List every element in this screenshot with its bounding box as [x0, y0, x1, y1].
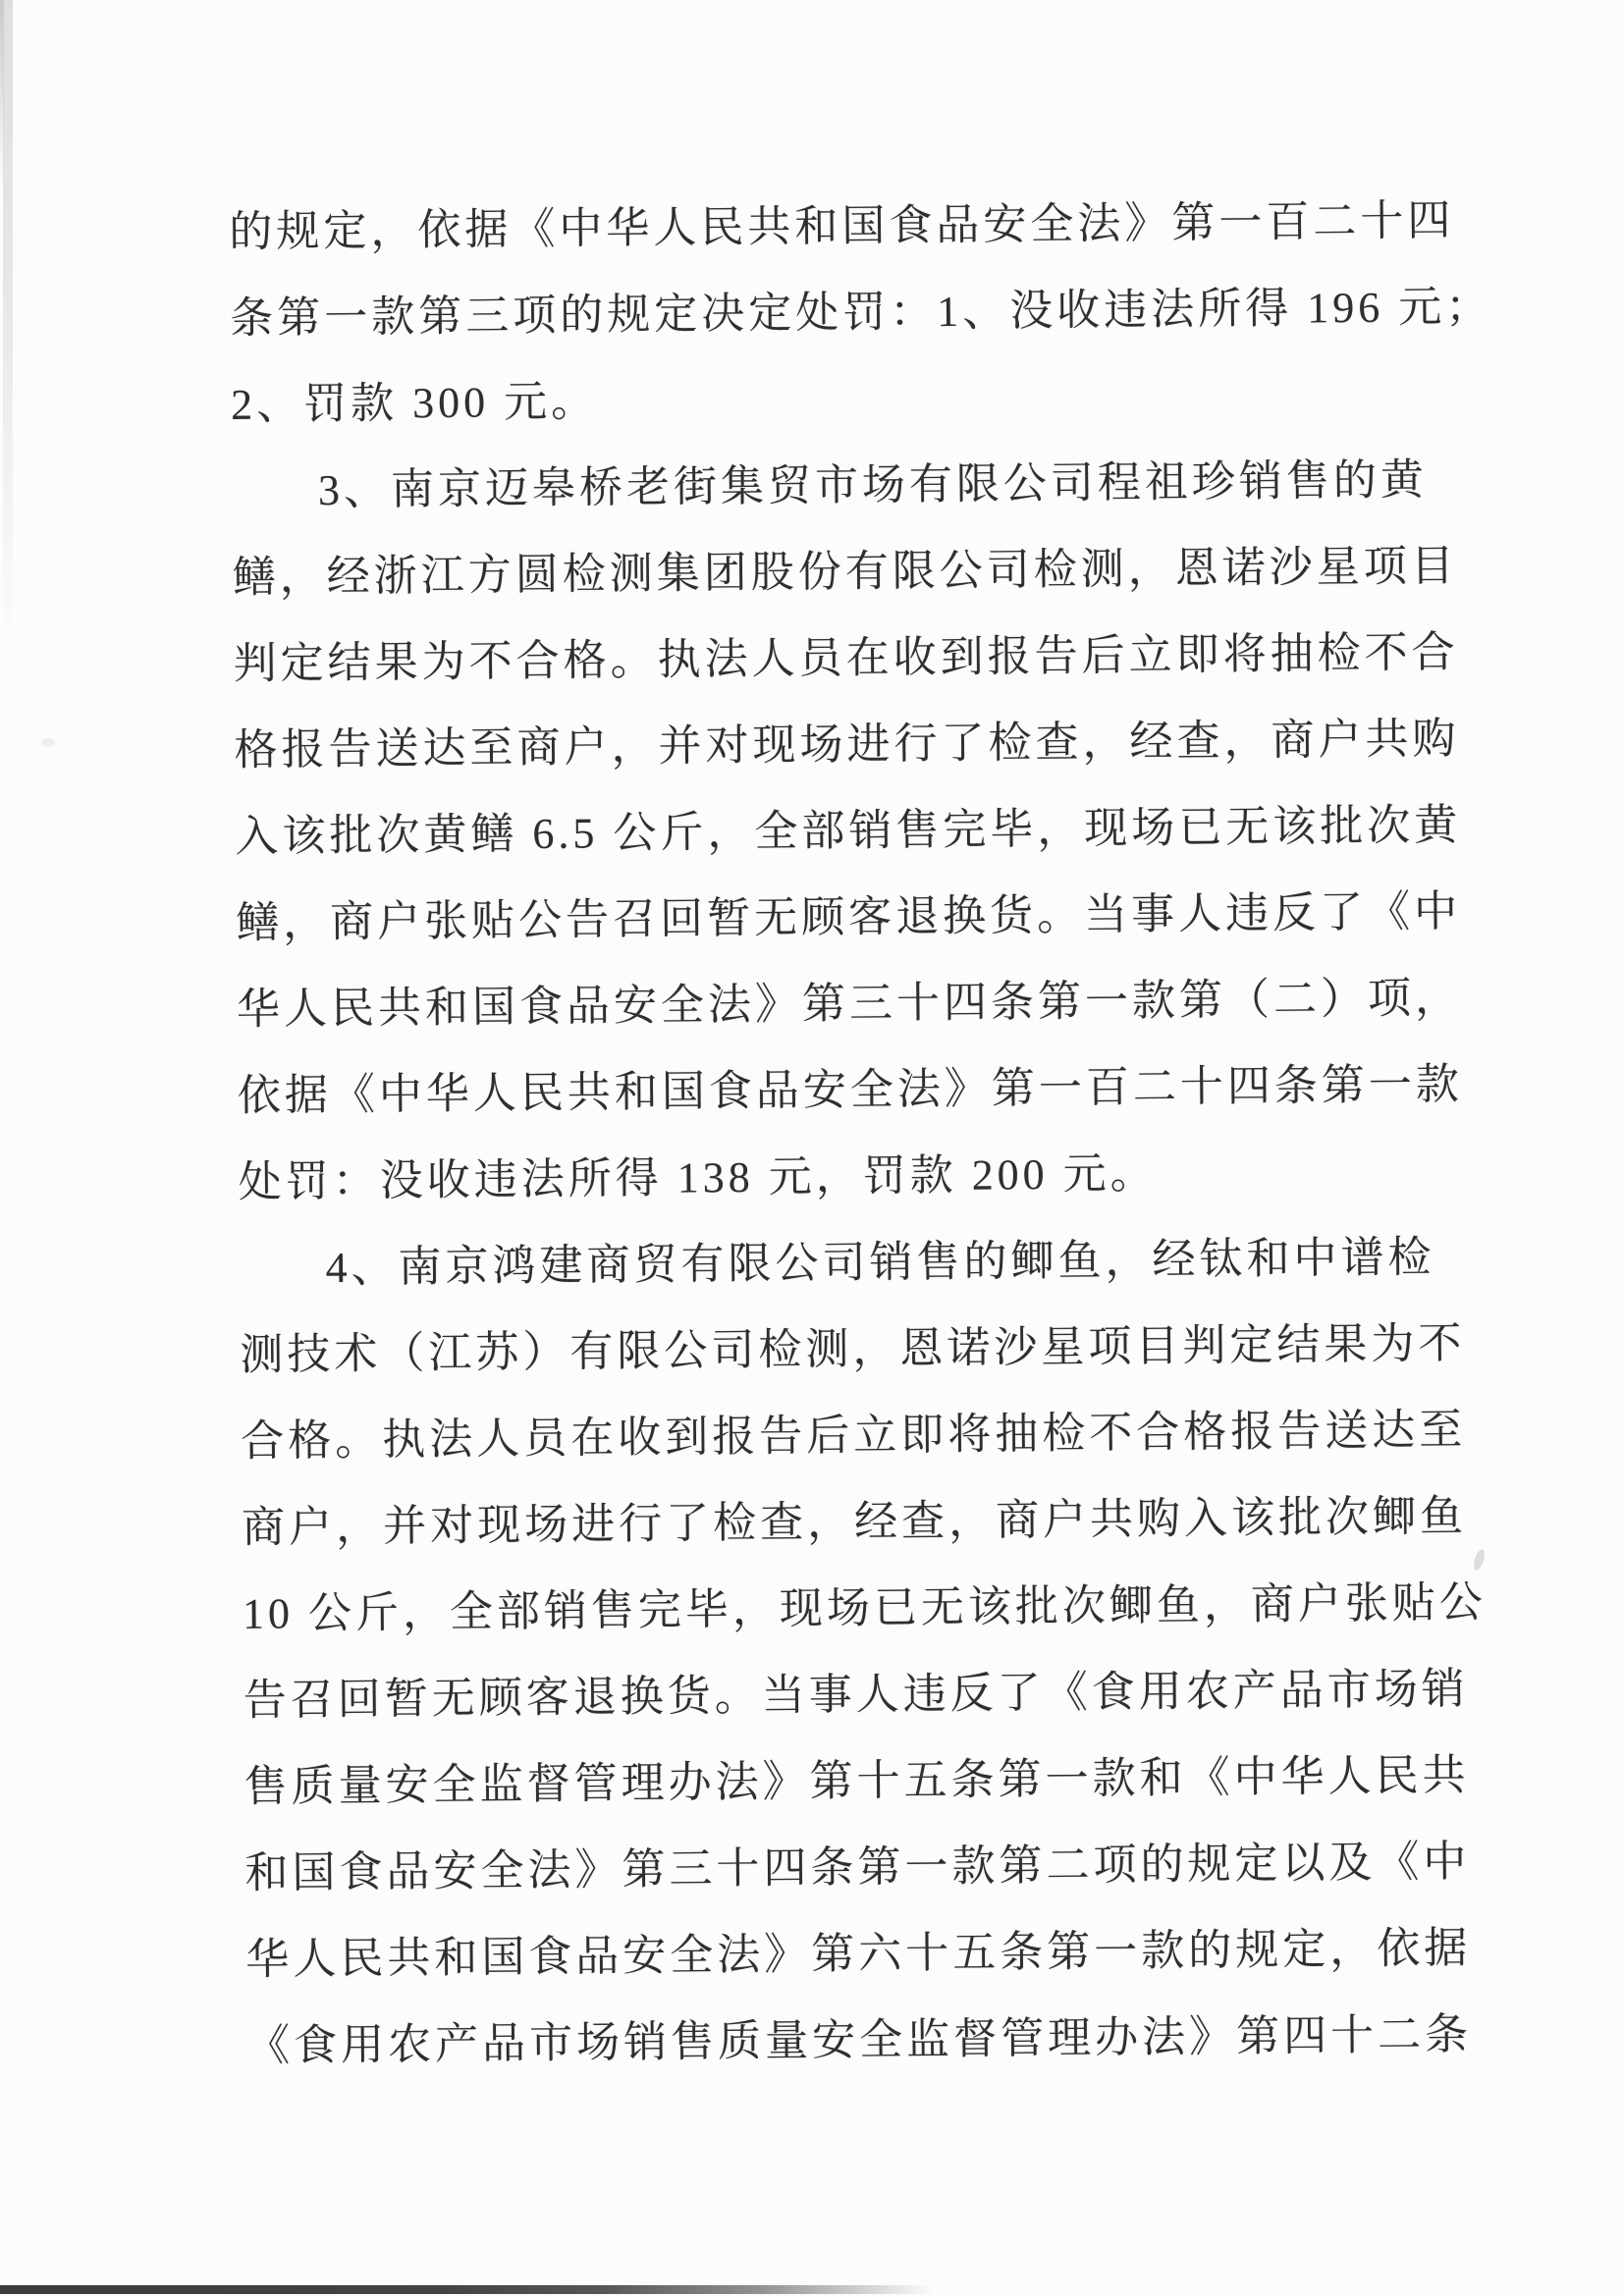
scan-artifact-left-edge: [3, 0, 13, 653]
text-line: 合格。执法人员在收到报告后立即将抽检不合格报告送达至: [241, 1388, 1379, 1485]
scan-smudge-left: [41, 738, 55, 747]
text-line: 售质量安全监督管理办法》第十五条第一款和《中华人民共: [243, 1734, 1381, 1831]
text-line: 判定结果为不合格。执法人员在收到报告后立即将抽检不合: [233, 611, 1371, 708]
text-line: 4、南京鸿建商贸有限公司销售的鲫鱼，经钛和中谱检: [239, 1215, 1377, 1312]
scan-smudge-right: [1472, 1548, 1487, 1572]
text-line: 10 公斤，全部销售完毕，现场已无该批次鲫鱼，商户张贴公: [243, 1561, 1380, 1658]
text-line: 入该批次黄鳝 6.5 公斤，全部销售完毕，现场已无该批次黄: [235, 783, 1373, 881]
scan-artifact-left-edge-dark: [0, 0, 4, 187]
scanned-page: 的规定，依据《中华人民共和国食品安全法》第一百二十四条第一款第三项的规定决定处罚…: [0, 0, 1623, 2296]
text-line: 《食用农产品市场销售质量安全监督管理办法》第四十二条: [246, 1993, 1384, 2090]
text-line: 测技术（江苏）有限公司检测，恩诺沙星项目判定结果为不: [240, 1302, 1378, 1399]
text-line: 华人民共和国食品安全法》第六十五条第一款的规定，依据: [245, 1906, 1383, 2003]
text-line: 3、南京迈皋桥老街集贸市场有限公司程祖珍销售的黄: [232, 438, 1370, 535]
document-text: 的规定，依据《中华人民共和国食品安全法》第一百二十四条第一款第三项的规定决定处罚…: [229, 179, 1384, 2090]
text-line: 鳝，商户张贴公告召回暂无顾客退换货。当事人违反了《中: [236, 870, 1374, 967]
text-line: 鳝，经浙江方圆检测集团股份有限公司检测，恩诺沙星项目: [232, 524, 1370, 621]
text-line: 告召回暂无顾客退换货。当事人违反了《食用农产品市场销: [243, 1647, 1380, 1744]
text-line: 和国食品安全法》第三十四条第一款第二项的规定以及《中: [244, 1820, 1382, 1917]
text-line: 格报告送达至商户，并对现场进行了检查，经查，商户共购: [234, 697, 1372, 794]
text-line: 处罚：没收违法所得 138 元，罚款 200 元。: [238, 1129, 1376, 1226]
scan-artifact-bottom-line: [0, 2285, 972, 2294]
text-line: 的规定，依据《中华人民共和国食品安全法》第一百二十四: [229, 179, 1367, 276]
text-line: 华人民共和国食品安全法》第三十四条第一款第（二）项，: [237, 956, 1375, 1053]
text-line: 商户，并对现场进行了检查，经查，商户共购入该批次鲫鱼: [242, 1474, 1380, 1572]
text-line: 条第一款第三项的规定决定处罚：1、没收违法所得 196 元；: [230, 265, 1368, 362]
text-line: 2、罚款 300 元。: [231, 351, 1369, 449]
text-line: 依据《中华人民共和国食品安全法》第一百二十四条第一款: [237, 1042, 1375, 1140]
